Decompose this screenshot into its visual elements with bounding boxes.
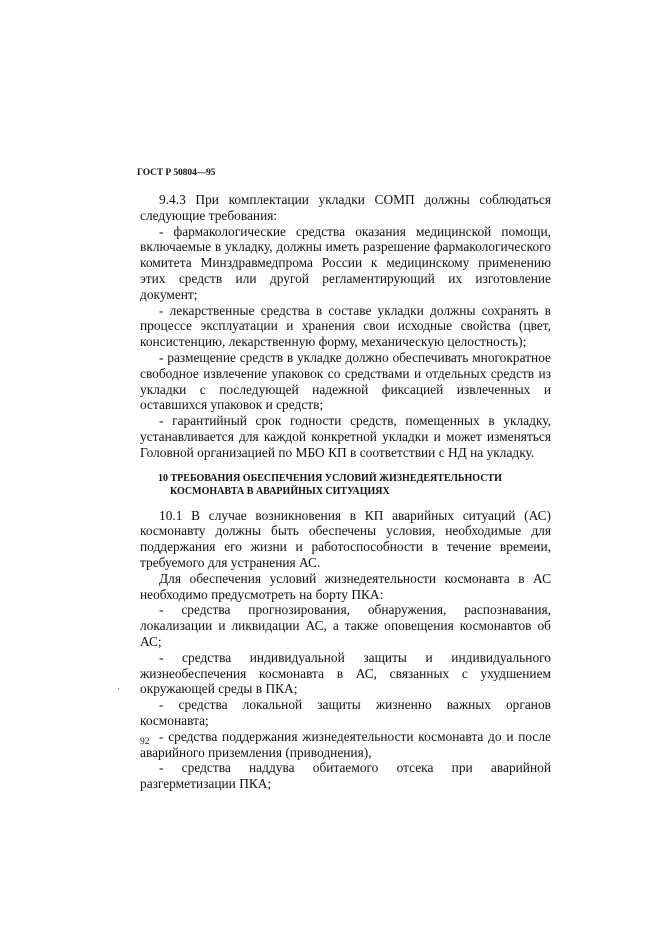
section-heading-line2: КОСМОНАВТА В АВАРИЙНЫХ СИТУАЦИЯХ xyxy=(158,485,551,498)
body-text: 9.4.3 При комплектации укладки СОМП долж… xyxy=(140,192,551,792)
paragraph: Для обеспечения условий жизнедеятельност… xyxy=(140,571,551,603)
requirement-item: - средства прогнозирования, обнаружения,… xyxy=(140,602,551,649)
page-number: 92 xyxy=(140,737,150,747)
requirement-item: - размещение средств в укладке должно об… xyxy=(140,350,551,413)
requirement-item: - средства индивидуальной защиты и индив… xyxy=(140,650,551,697)
requirement-item: - гарантийный срок годности средств, пом… xyxy=(140,413,551,460)
scan-speck xyxy=(118,688,119,689)
requirement-item: - средства поддержания жизнедеятельности… xyxy=(140,729,551,761)
clause-9-4-3: 9.4.3 При комплектации укладки СОМП долж… xyxy=(140,192,551,224)
requirement-item: - средства локальной защиты жизненно важ… xyxy=(140,697,551,729)
requirement-item: - лекарственные средства в составе уклад… xyxy=(140,303,551,350)
document-page: ГОСТ Р 50804—95 9.4.3 При комплектации у… xyxy=(0,0,661,935)
scan-speck xyxy=(537,545,539,547)
requirement-item: - фармакологические средства оказания ме… xyxy=(140,224,551,303)
requirement-item: - средства наддува обитаемого отсека при… xyxy=(140,760,551,792)
standard-code-header: ГОСТ Р 50804—95 xyxy=(137,168,215,178)
section-heading-line1: 10 ТРЕБОВАНИЯ ОБЕСПЕЧЕНИЯ УСЛОВИЙ ЖИЗНЕД… xyxy=(158,473,502,484)
section-10-heading: 10 ТРЕБОВАНИЯ ОБЕСПЕЧЕНИЯ УСЛОВИЙ ЖИЗНЕД… xyxy=(158,472,551,498)
clause-10-1: 10.1 В случае возникновения в КП аварийн… xyxy=(140,508,551,571)
